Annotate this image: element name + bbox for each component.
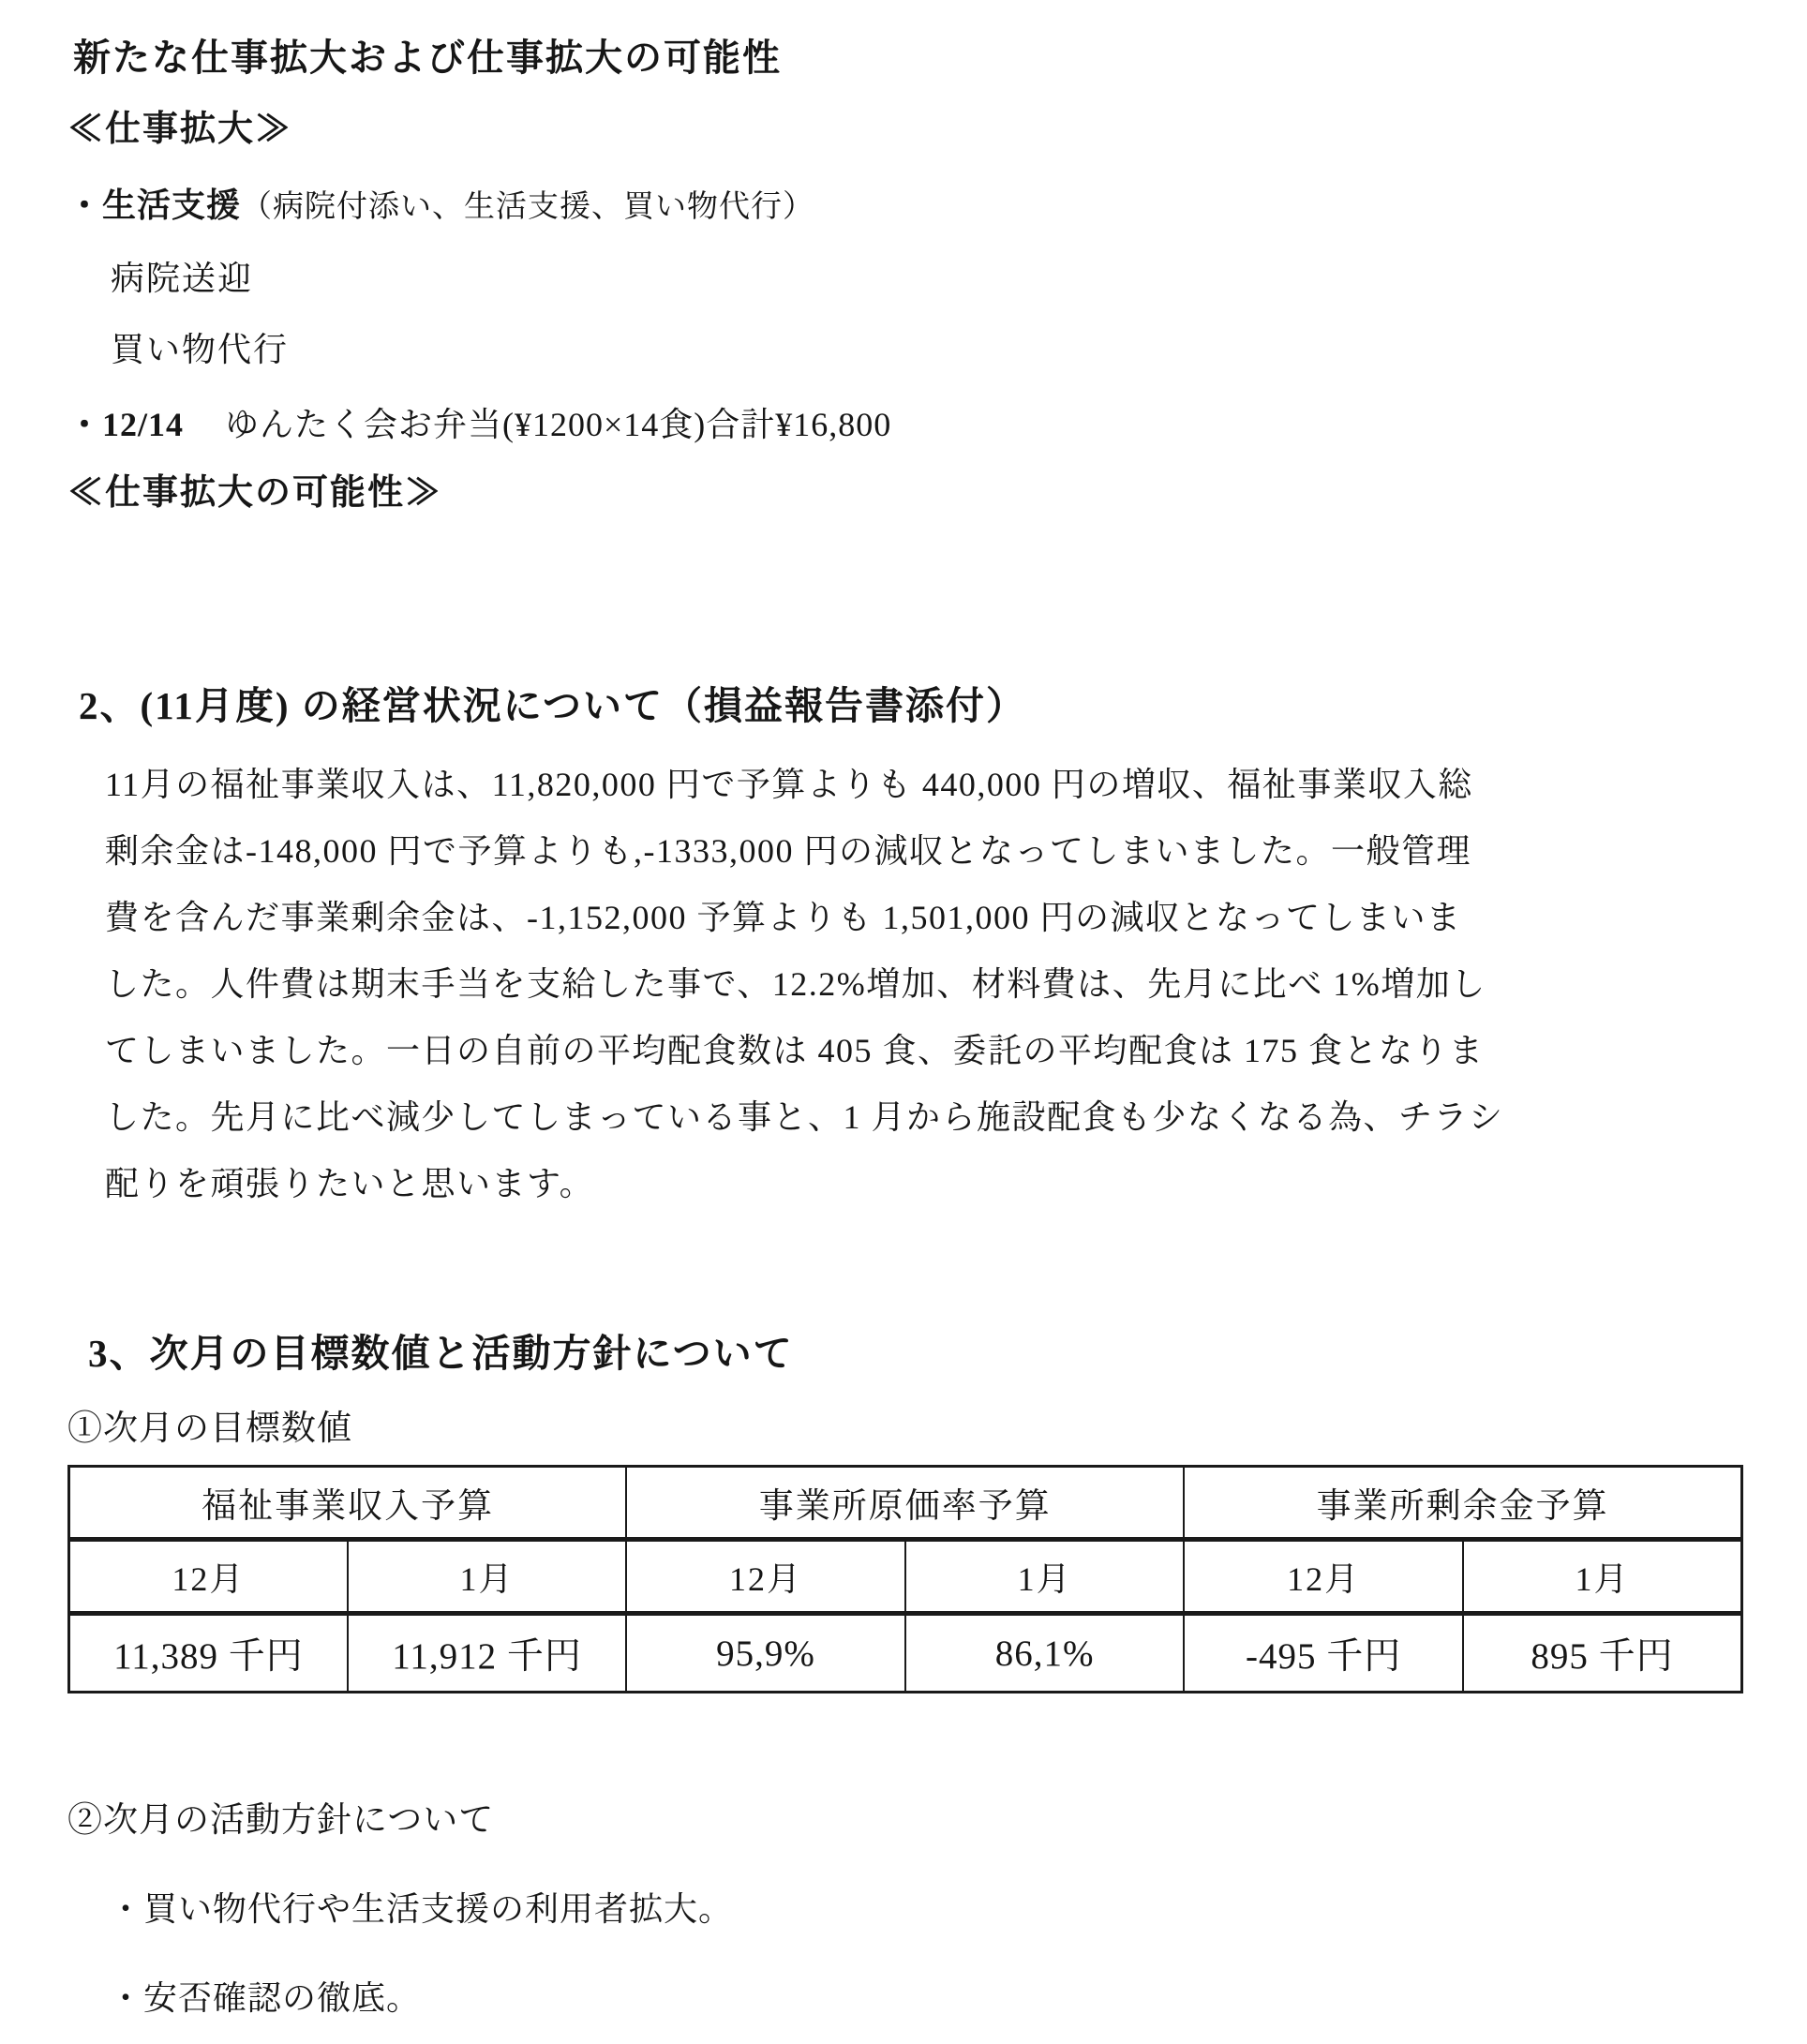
group-header-surplus: 事業所剰余金予算 — [1184, 1467, 1741, 1540]
goal-numbers-label: ①次月の目標数値 — [67, 1399, 1743, 1450]
goal-numbers-table: 福祉事業収入予算 事業所原価率予算 事業所剰余金予算 12月 1月 12月 1月… — [67, 1465, 1743, 1693]
paragraph-line: 11月の福祉事業収入は、11,820,000 円で予算よりも 440,000 円… — [105, 752, 1743, 818]
month-cell: 1月 — [348, 1540, 626, 1614]
table-value-row: 11,389 千円 11,912 千円 95,9% 86,1% -495 千円 … — [69, 1614, 1742, 1693]
heading-expansion-possibility: ≪仕事拡大の可能性≫ — [67, 470, 1743, 515]
section3-heading: 3、次月の目標数値と活動方針について — [88, 1328, 1743, 1379]
paragraph-line: 費を含んだ事業剰余金は、-1,152,000 予算よりも 1,501,000 円… — [105, 885, 1743, 951]
section2-paragraph: 11月の福祉事業収入は、11,820,000 円で予算よりも 440,000 円… — [105, 752, 1743, 1217]
group-header-welfare-income: 福祉事業収入予算 — [69, 1467, 627, 1540]
document-body: 新たな仕事拡大および仕事拡大の可能性 ≪仕事拡大≫ ・生活支援（病院付添い、生活… — [0, 0, 1807, 2020]
bullet-bento-order: ・12/14ゆんたく会お弁当(¥1200×14食)合計¥16,800 — [67, 403, 1743, 446]
section2-heading: 2、(11月度) の経営状況について（損益報告書添付） — [79, 680, 1743, 731]
month-cell: 12月 — [626, 1540, 905, 1614]
month-cell: 1月 — [1463, 1540, 1742, 1614]
document-title: 新たな仕事拡大および仕事拡大の可能性 — [73, 34, 1743, 82]
paragraph-line: した。人件費は期末手当を支給した事で、12.2%増加、材料費は、先月に比べ 1%… — [105, 951, 1743, 1018]
policy-bullet: ・安否確認の徹底。 — [109, 1972, 1743, 2020]
subitem-hospital-transport: 病院送迎 — [111, 257, 1743, 300]
value-cell: 11,912 千円 — [348, 1614, 626, 1693]
paragraph-line: てしまいました。一日の自前の平均配食数は 405 食、委託の平均配食は 175 … — [105, 1018, 1743, 1084]
bullet-bento-date: ・12/14 — [67, 406, 184, 443]
table-month-row: 12月 1月 12月 1月 12月 1月 — [69, 1540, 1742, 1614]
group-header-cost-rate: 事業所原価率予算 — [626, 1467, 1184, 1540]
bullet-life-support-label: ・生活支援 — [67, 186, 241, 224]
policy-label: ②次月の活動方針について — [67, 1791, 1743, 1842]
value-cell: 11,389 千円 — [69, 1614, 348, 1693]
paragraph-line: 剰余金は-148,000 円で予算よりも,-1333,000 円の減収となってし… — [105, 818, 1743, 885]
value-cell: -495 千円 — [1184, 1614, 1463, 1693]
value-cell: 86,1% — [905, 1614, 1185, 1693]
subitem-shopping-agency: 買い物代行 — [111, 328, 1743, 371]
paragraph-line: した。先月に比べ減少してしまっている事と、1 月から施設配食も少なくなる為、チラ… — [105, 1084, 1743, 1151]
table-group-header-row: 福祉事業収入予算 事業所原価率予算 事業所剰余金予算 — [69, 1467, 1742, 1540]
value-cell: 95,9% — [626, 1614, 905, 1693]
policy-bullet: ・買い物代行や生活支援の利用者拡大。 — [109, 1883, 1743, 1931]
month-cell: 1月 — [905, 1540, 1185, 1614]
paragraph-line: 配りを頑張りたいと思います。 — [105, 1151, 1743, 1217]
heading-work-expansion: ≪仕事拡大≫ — [67, 107, 1743, 152]
value-cell: 895 千円 — [1463, 1614, 1742, 1693]
bullet-life-support-detail: （病院付添い、生活支援、買い物代行） — [241, 190, 814, 224]
scanned-report-page: { "colors": { "ink": "#161616", "paper":… — [0, 0, 1807, 2044]
month-cell: 12月 — [69, 1540, 348, 1614]
bullet-life-support: ・生活支援（病院付添い、生活支援、買い物代行） — [67, 184, 1743, 229]
month-cell: 12月 — [1184, 1540, 1463, 1614]
bullet-bento-detail: ゆんたく会お弁当(¥1200×14食)合計¥16,800 — [225, 406, 891, 443]
